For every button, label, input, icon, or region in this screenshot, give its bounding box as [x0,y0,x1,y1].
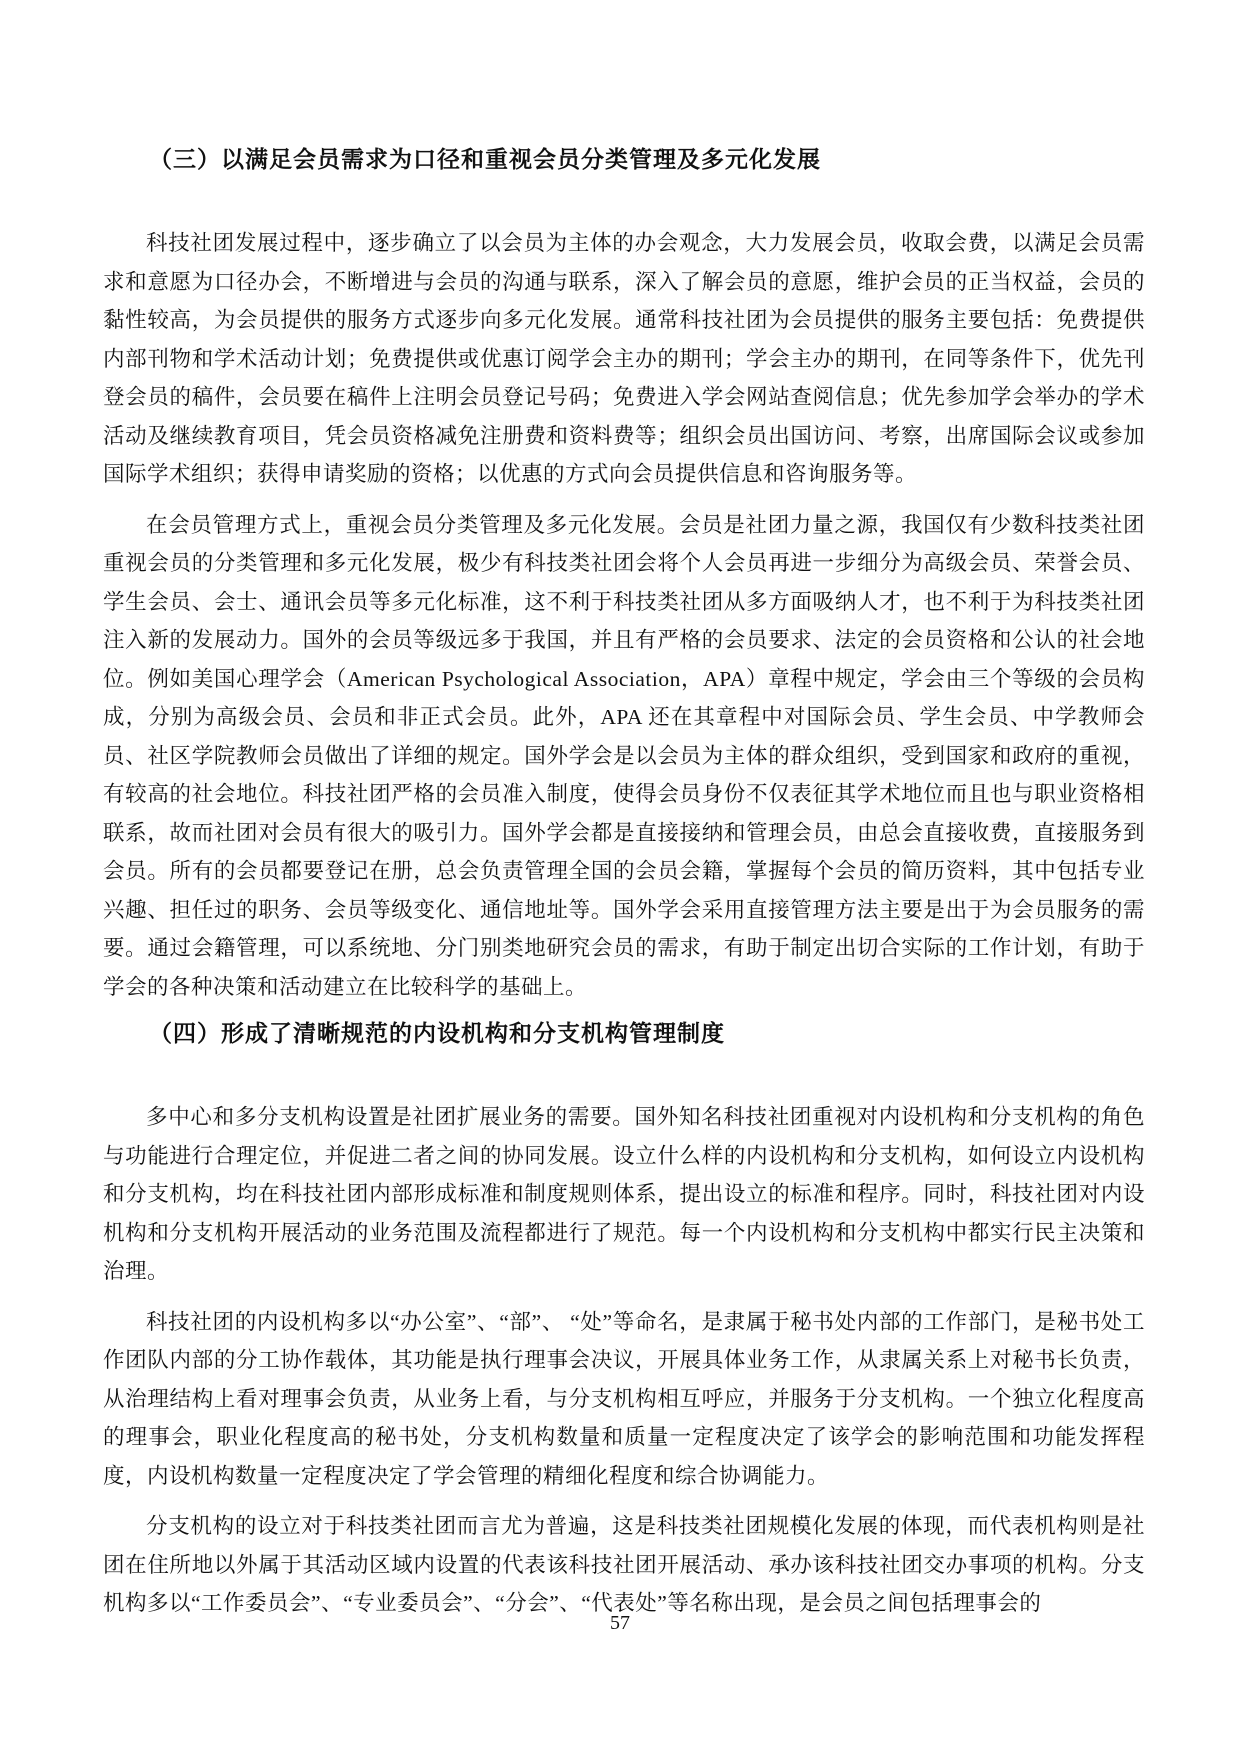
section-heading-3: （三）以满足会员需求为口径和重视会员分类管理及多元化发展 [103,144,1145,174]
paragraph-member-management: 在会员管理方式上，重视会员分类管理及多元化发展。会员是社团力量之源，我国仅有少数… [103,506,1145,1007]
document-page: （三）以满足会员需求为口径和重视会员分类管理及多元化发展 科技社团发展过程中，逐… [0,0,1240,1753]
section-heading-4: （四）形成了清晰规范的内设机构和分支机构管理制度 [103,1018,1145,1048]
page-number: 57 [0,1612,1240,1635]
paragraph-internal-branch-setup: 多中心和多分支机构设置是社团扩展业务的需要。国外知名科技社团重视对内设机构和分支… [103,1098,1145,1291]
paragraph-internal-organs: 科技社团的内设机构多以“办公室”、“部”、 “处”等命名，是隶属于秘书处内部的工… [103,1303,1145,1496]
paragraph-branch-organs: 分支机构的设立对于科技类社团而言尤为普遍，这是科技类社团规模化发展的体现，而代表… [103,1507,1145,1623]
paragraph-member-services: 科技社团发展过程中，逐步确立了以会员为主体的办会观念，大力发展会员，收取会费，以… [103,224,1145,494]
